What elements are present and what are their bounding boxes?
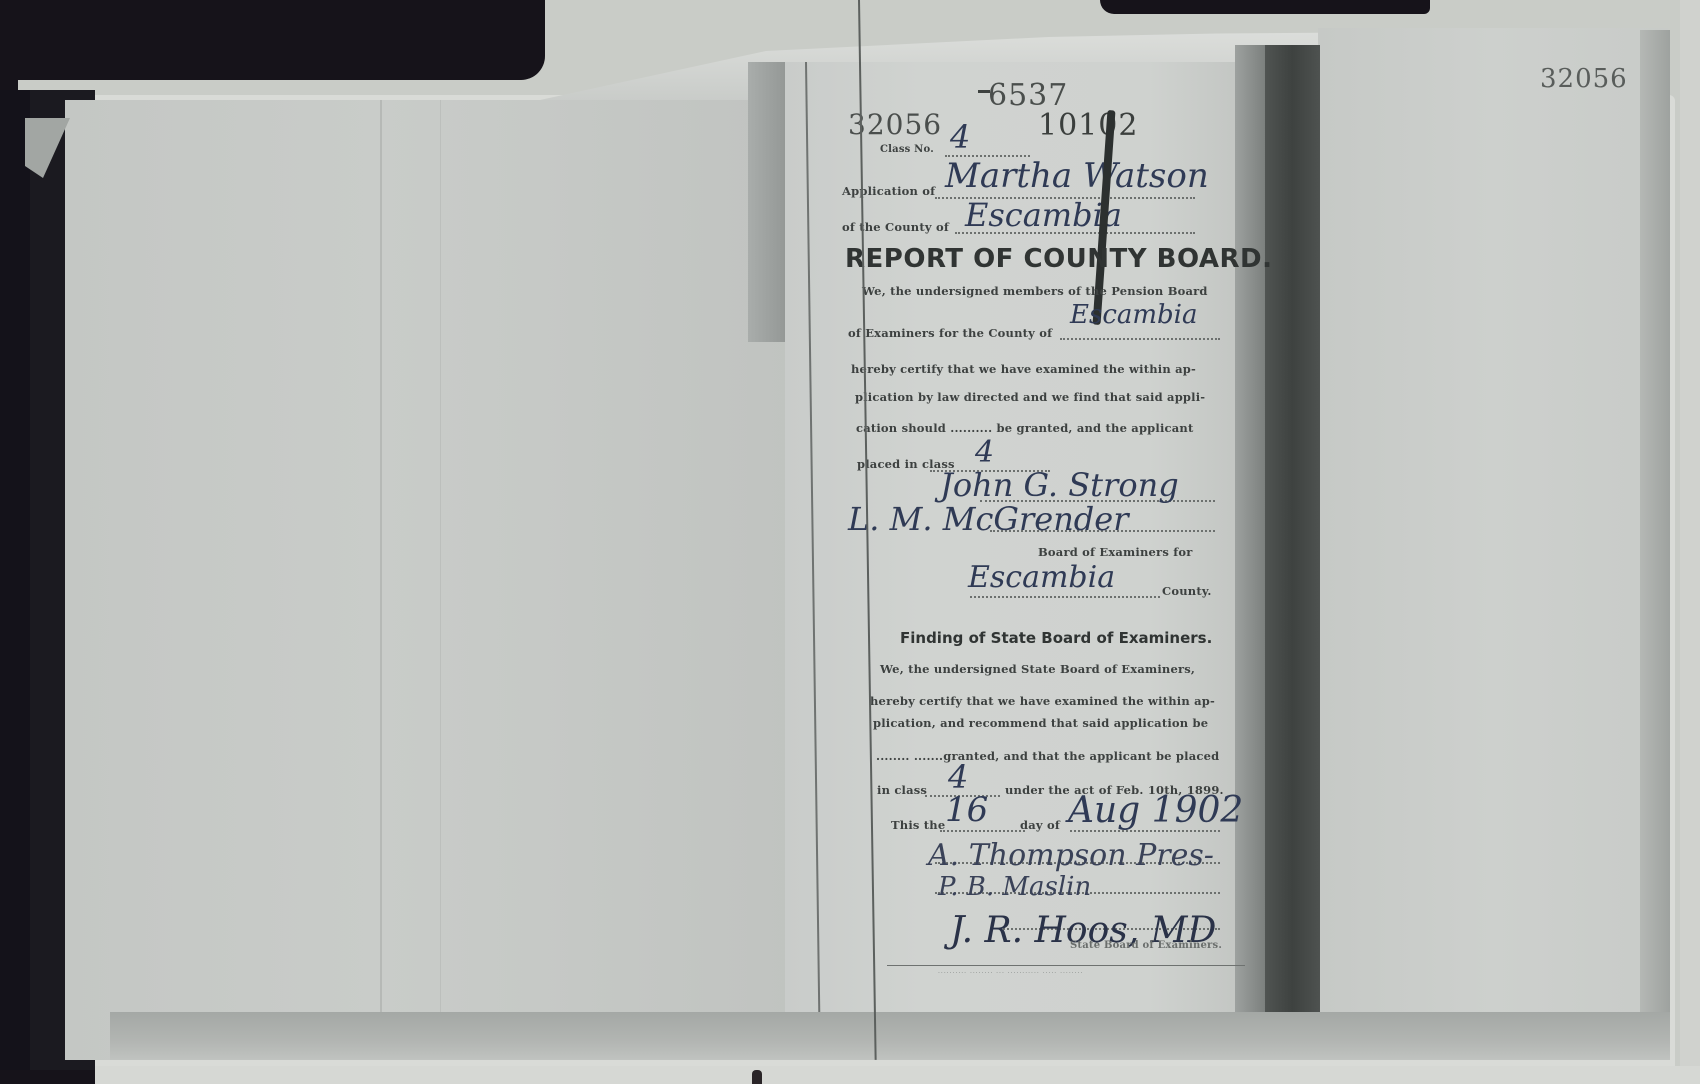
- day-line: [940, 830, 1025, 832]
- dark-background-top-left-fill: [0, 0, 520, 70]
- stamp-number-10102: 10102: [1038, 108, 1138, 143]
- day-value: 16: [945, 790, 988, 830]
- county-suffix: County.: [1162, 584, 1212, 598]
- county-report-line-2: of Examiners for the County of: [848, 326, 1052, 340]
- folder-spine-dark: [1265, 45, 1320, 1060]
- county-report-line-3: hereby certify that we have examined the…: [851, 362, 1196, 376]
- county-report-line-4: plication by law directed and we find th…: [855, 390, 1205, 404]
- state-line-4: ........ .......granted, and that the ap…: [876, 749, 1219, 763]
- state-signature-2: P. B. Maslin: [938, 872, 1091, 902]
- month-year-value: Aug 1902: [1068, 790, 1243, 831]
- state-line-5: in class: [877, 783, 927, 797]
- stamp-number-right: 32056: [1540, 64, 1628, 94]
- county-report-class-value: 4: [975, 435, 994, 470]
- class-no-value: 4: [950, 118, 970, 156]
- county-report-county-value: Escambia: [1070, 300, 1198, 330]
- day-of-label: day of: [1020, 818, 1060, 832]
- date-prefix-label: This the: [891, 818, 945, 832]
- folder-right-edge: [1640, 30, 1670, 1060]
- report-county-board-heading: REPORT OF COUNTY BOARD.: [845, 244, 1273, 274]
- county-signature-1: John G. Strong: [940, 466, 1179, 504]
- dash-mark: [978, 90, 990, 93]
- fold-line: [440, 100, 441, 1060]
- fold-line: [380, 100, 382, 1060]
- board-county-value: Escambia: [968, 560, 1115, 595]
- county-report-county-line: [1060, 338, 1220, 340]
- county-report-line-5: cation should .......... be granted, and…: [856, 421, 1194, 435]
- bottom-rule: [887, 965, 1245, 966]
- clip-mark: [752, 1070, 762, 1084]
- printer-imprint: ·········· ········ ··· ··········· ····…: [938, 970, 1083, 977]
- county-signature-2: L. M. McGrender: [848, 500, 1129, 538]
- state-board-label: State Board of Examiners.: [1070, 940, 1222, 951]
- state-board-heading: Finding of State Board of Examiners.: [900, 629, 1212, 647]
- state-line-3: plication, and recommend that said appli…: [873, 716, 1208, 730]
- folder-left-panel: [65, 100, 850, 1060]
- county-report-line-1: We, the undersigned members of the Pensi…: [862, 284, 1208, 298]
- state-line-1: We, the undersigned State Board of Exami…: [880, 662, 1195, 676]
- state-line-2: hereby certify that we have examined the…: [870, 694, 1215, 708]
- folder-right-panel: [1318, 28, 1668, 1060]
- applicant-name: Martha Watson: [945, 156, 1209, 196]
- dark-background-bottom-left: [0, 1070, 95, 1084]
- dark-background-top-right: [1100, 0, 1430, 14]
- state-signature-1: A. Thompson Pres-: [928, 838, 1214, 873]
- application-of-label: Application of: [842, 184, 935, 198]
- county-of-label: of the County of: [842, 220, 949, 234]
- class-no-label: Class No.: [880, 144, 934, 155]
- paper-bottom-edge: [95, 1066, 1700, 1084]
- background-right-edge: [1680, 0, 1700, 1084]
- bottom-shadow-strip: [110, 1012, 1670, 1060]
- board-county-line: [970, 596, 1160, 598]
- board-of-examiners-label: Board of Examiners for: [1038, 545, 1192, 559]
- folder-spine-light: [1235, 45, 1265, 1060]
